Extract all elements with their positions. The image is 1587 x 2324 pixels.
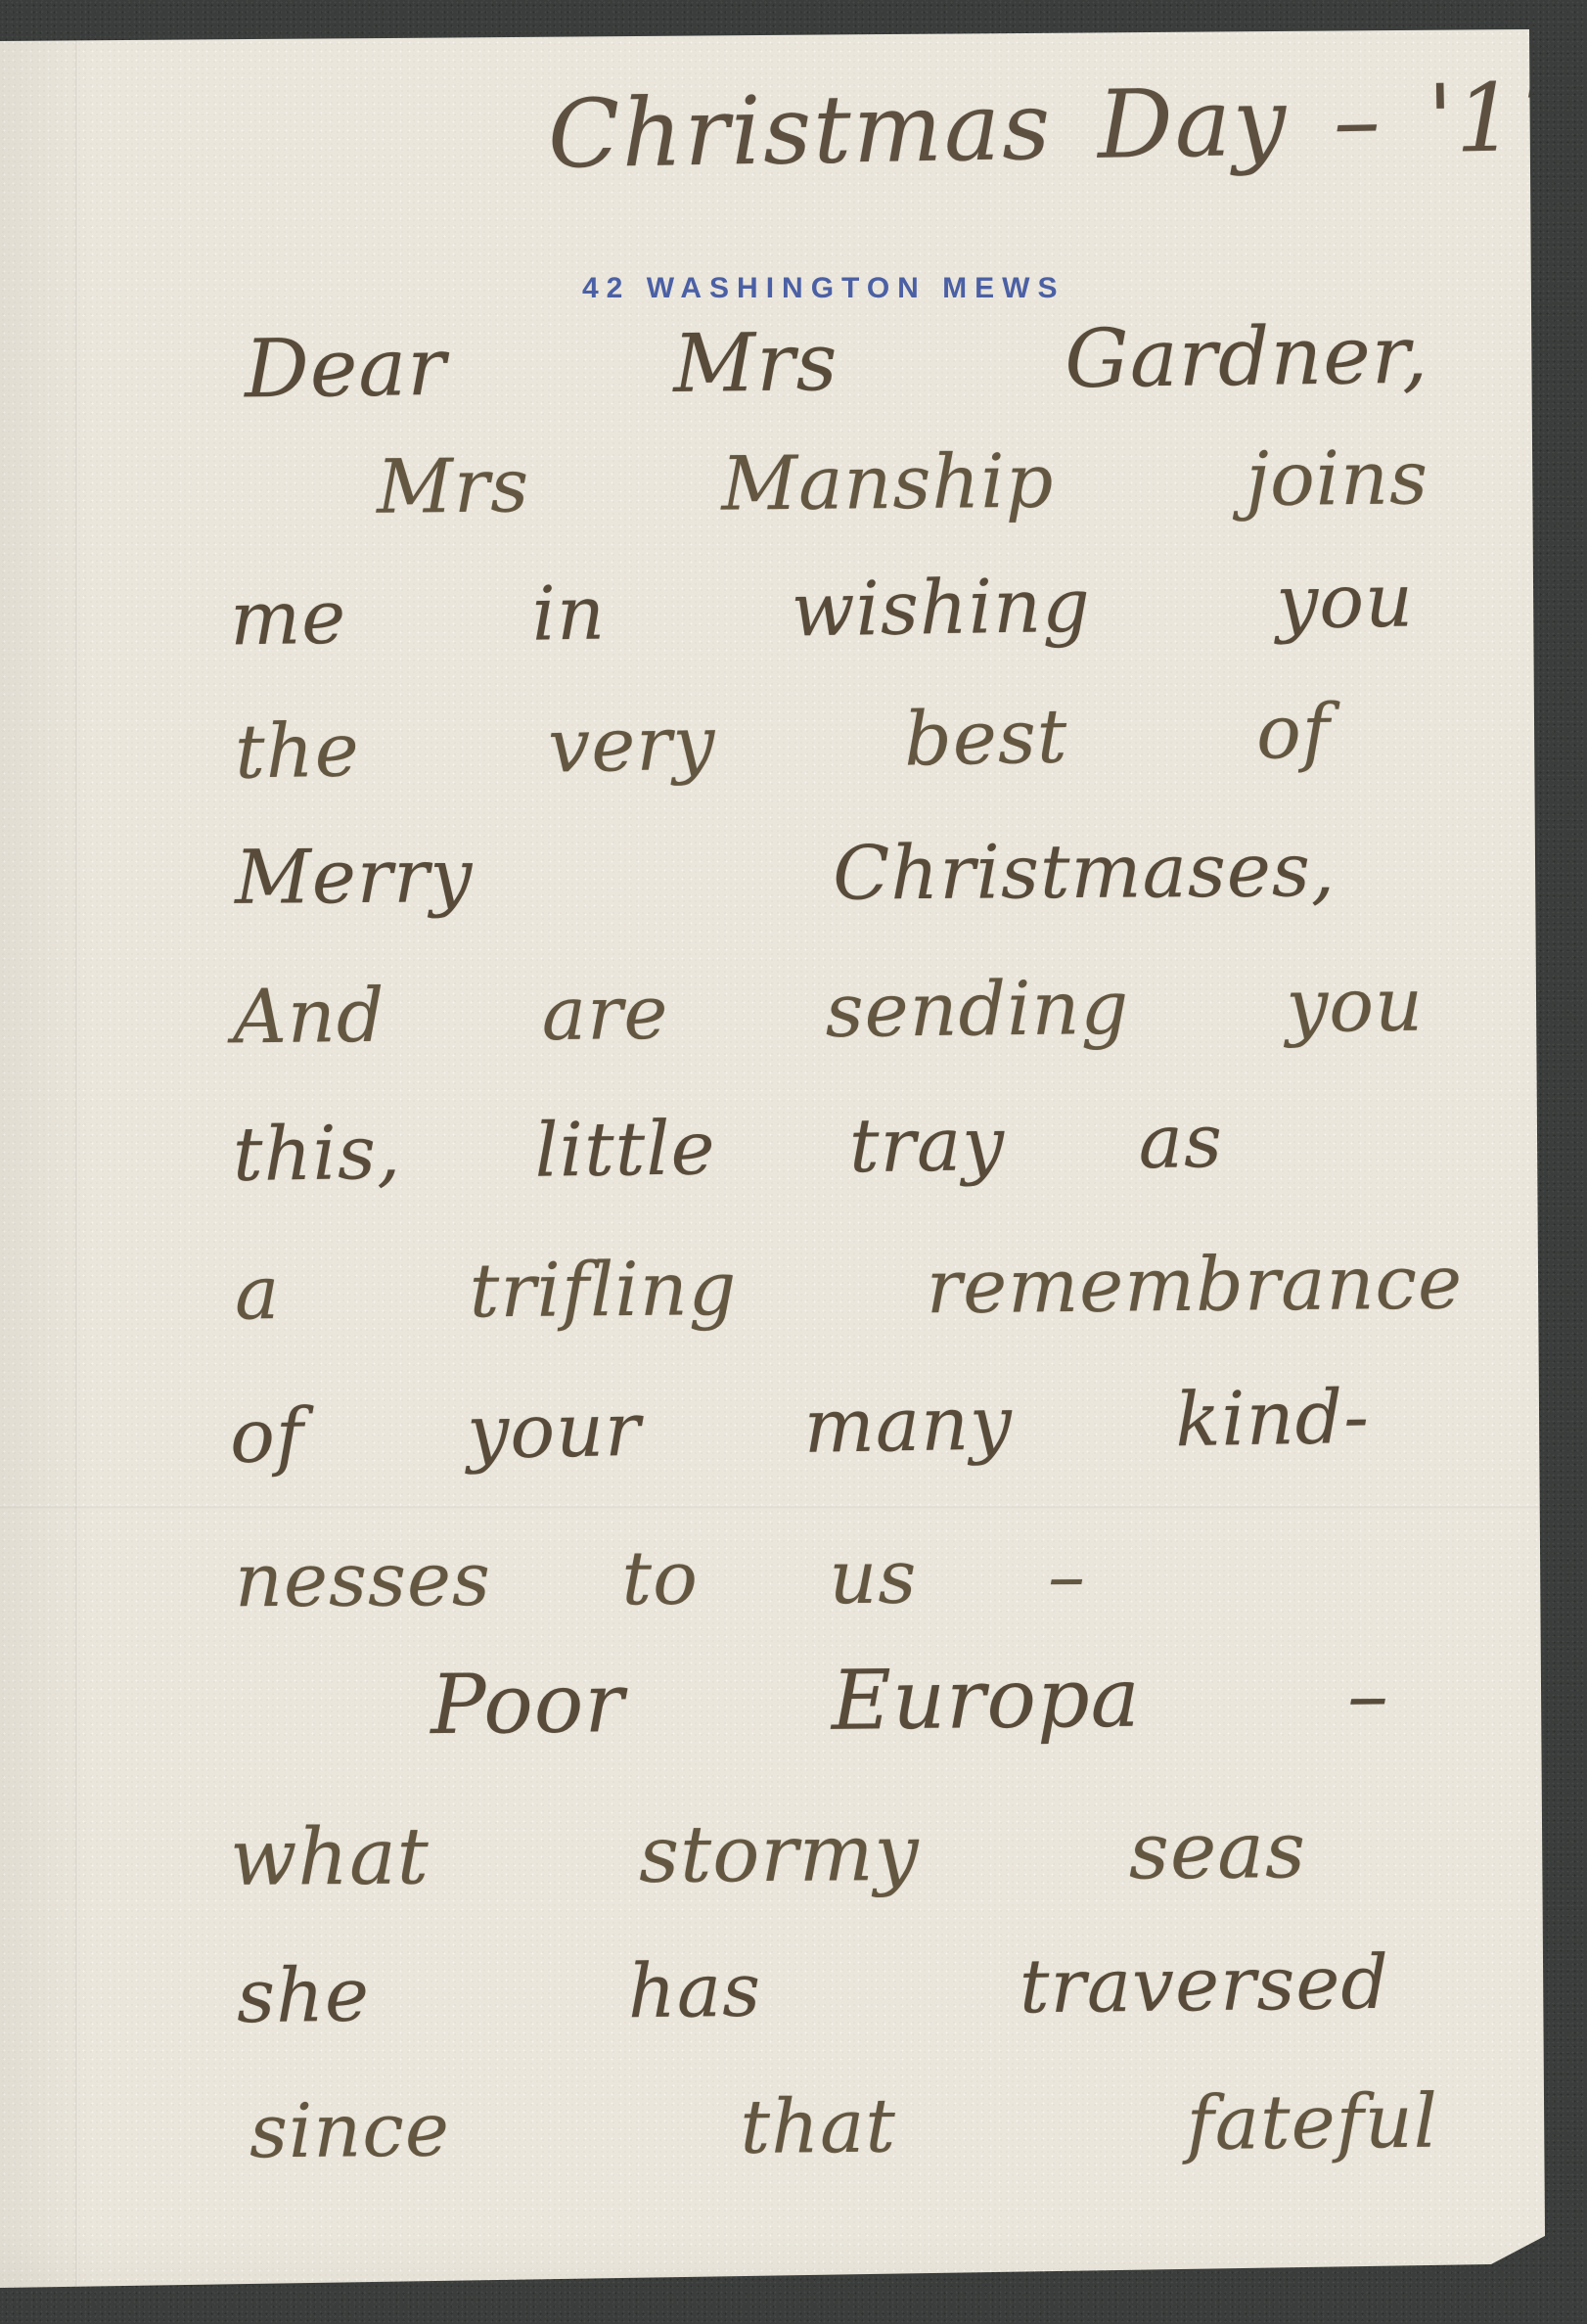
vertical-fold-crease <box>74 29 78 2292</box>
handwritten-line: what stormy seas <box>230 1811 1307 1897</box>
handwritten-line: this, little tray as <box>233 1104 1224 1192</box>
handwritten-line: me in wishing you <box>229 564 1414 657</box>
handwritten-line: a trifling remembrance <box>235 1246 1464 1331</box>
handwritten-line: Dear Mrs Gardner, <box>245 316 1429 411</box>
handwritten-line: since that fateful <box>249 2084 1439 2169</box>
handwritten-line: Mrs Manship joins <box>377 440 1429 524</box>
handwritten-line: she has traversed <box>237 1945 1390 2033</box>
handwritten-line: of your many kind- <box>229 1380 1370 1474</box>
handwritten-line: And are sending you <box>233 968 1425 1055</box>
horizontal-fold-crease <box>0 1505 1546 1509</box>
letterhead-address: 42 WASHINGTON MEWS <box>582 272 1071 305</box>
date-line: Christmas Day – '17 <box>547 65 1410 189</box>
handwritten-line: Merry Christmases, <box>235 833 1337 915</box>
handwritten-line: the very best of <box>234 694 1331 789</box>
handwritten-line: Poor Europa – <box>431 1654 1390 1746</box>
handwritten-line: nesses to us – <box>235 1539 1086 1618</box>
scan-background: Christmas Day – '17 42 WASHINGTON MEWS D… <box>0 0 1587 2324</box>
letter-paper: Christmas Day – '17 42 WASHINGTON MEWS D… <box>0 29 1546 2292</box>
